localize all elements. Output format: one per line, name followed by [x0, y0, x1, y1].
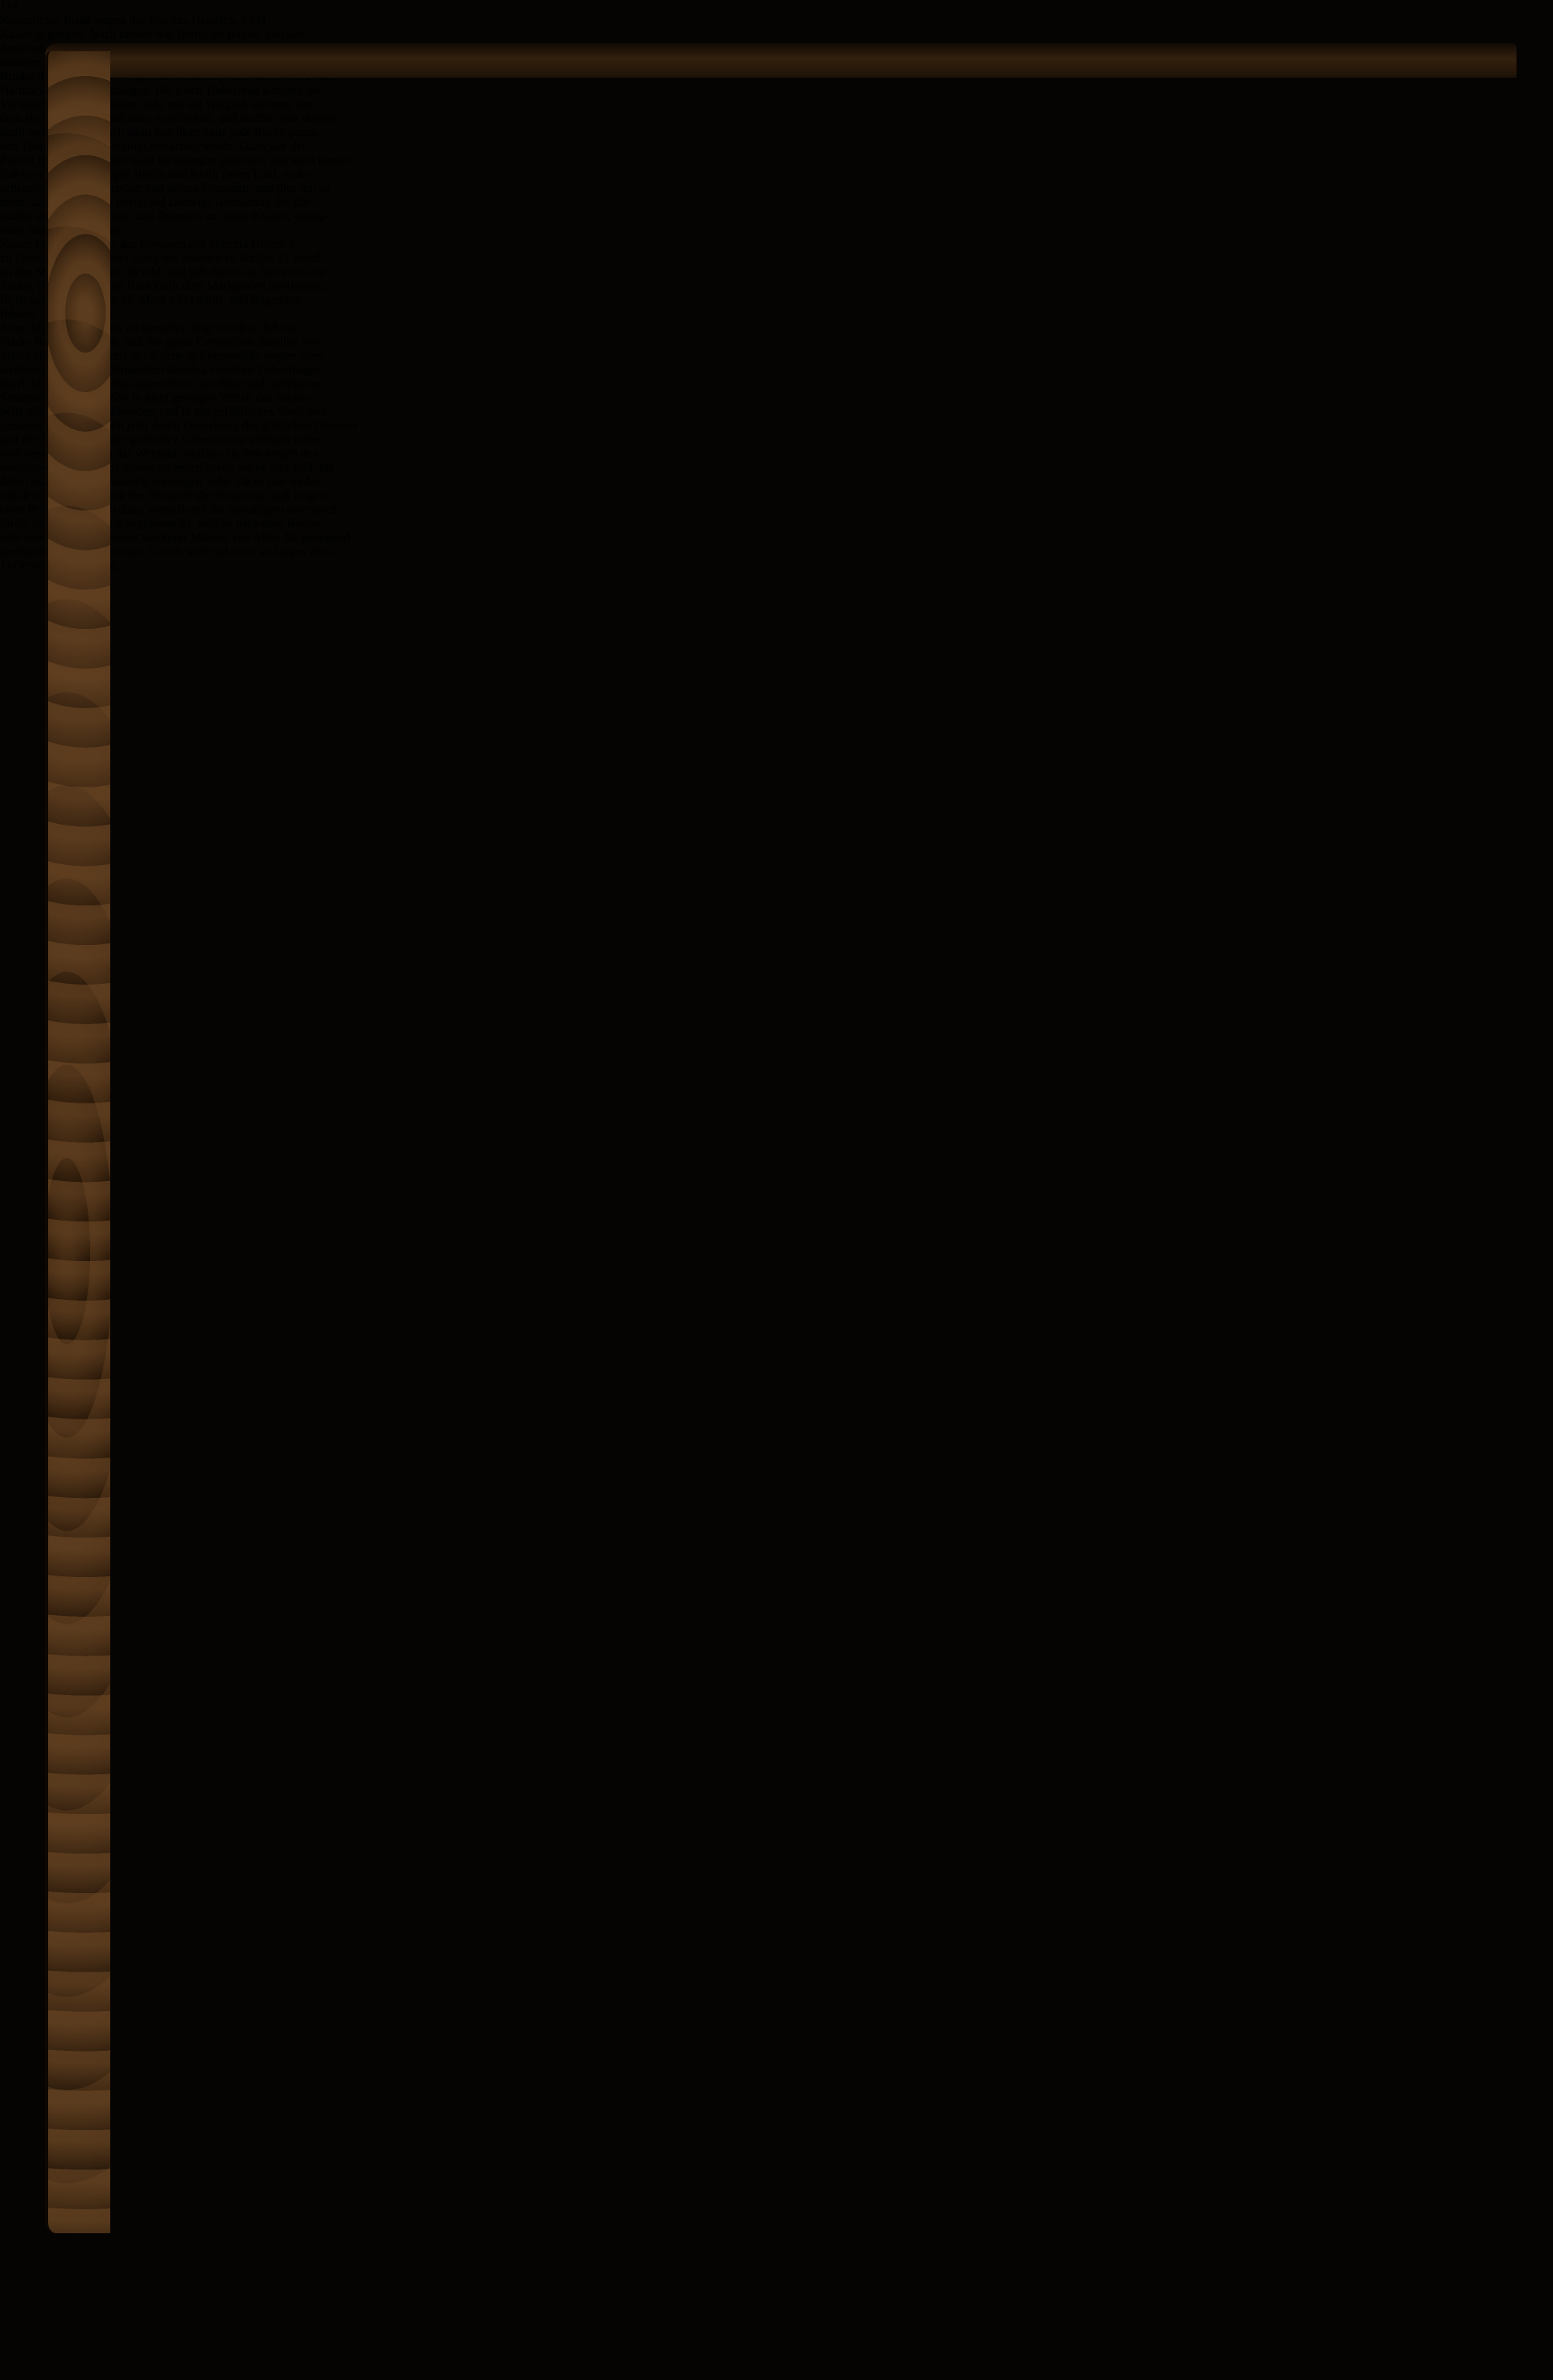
text-line: künfte seiner Güter bezog, und demnach a…	[0, 210, 1553, 224]
text-line: mit dem Rechte noch mit der Vernunft übe…	[0, 489, 1553, 503]
text-line: ließ er seiner Rache gegen Berlin und Kö…	[0, 168, 1553, 182]
text-line: an dessen Bruder von Jemandem daselbst v…	[0, 363, 1553, 377]
book-page: 114 Kaiserlicher Erlaß wegen des Pfarrer…	[0, 0, 1553, 573]
text-line: Verwandten des Getödteten nicht nur ein …	[0, 98, 1553, 112]
text-line: gerathen seien, und noch jetzt durch Ent…	[0, 419, 1553, 433]
book-cover-edge	[45, 51, 110, 2233]
text-line: und der Ausspendung der göttlichen Gehei…	[0, 433, 1553, 447]
text-line: weil besagter Heinrich das Wergeld, welc…	[0, 447, 1553, 461]
text-line: den Todtschläger als beseitigt betrachte…	[0, 140, 1553, 154]
text-line: Hartnäckigkeit ausgeschlagen. Für jeden …	[0, 84, 1553, 98]
book-top-edge	[45, 43, 1517, 78]
text-line: an den Markgrafen einen Befehl, und gab …	[0, 266, 1553, 280]
text-line: Strafe und Genugthuung angeboten ist, we…	[0, 517, 1553, 531]
page-number: 114	[0, 0, 1553, 14]
text-line: oder dem Uebereinkommen wackerer Männer …	[0, 531, 1553, 545]
text-line: einer Privatsache, noch dazu, wenn durch…	[0, 503, 1553, 517]
text-line: Seine Majestät sei schon oft benachricht…	[0, 321, 1553, 335]
book-photo: 114 Kaiserlicher Erlaß wegen des Pfarrer…	[0, 0, 1553, 2380]
text-line: Seiten Heinrichs, Pfarrers der Kirche in…	[0, 349, 1553, 363]
text-line: anerkannt wird, die Getreuen Christi wäh…	[0, 545, 1553, 559]
text-line: zu Eberswalde nicht mehr ruhig mit anseh…	[0, 252, 1553, 266]
text-line: Inhalts:	[0, 307, 1553, 321]
text-line: Sentenzen seit langer Zeit in nicht geri…	[0, 391, 1553, 405]
text-line: dern sie waren gesetzlich dazu verpflich…	[0, 112, 1553, 126]
text-line: dahin anzunehmen, beständig verweigert h…	[0, 475, 1553, 489]
body-text: Kaiser gegangen. Noch immer war Berlin i…	[0, 28, 1553, 559]
text-line: Pfarrer Heinrich indessen nicht zu beweg…	[0, 154, 1553, 168]
text-line: nicht weigern ¹), wonach dann von ihrer …	[0, 126, 1553, 140]
cover-page-gap	[109, 67, 120, 2269]
text-line: Er ist aus Nürnberg den 16. März 1334 da…	[0, 294, 1553, 307]
footnote: 1) Gerken Cod. IV. 456.	[0, 559, 1553, 573]
running-title: Kaiserlicher Erlaß wegen des Pfarrers He…	[0, 14, 1553, 28]
text-line: heils aller daselbst Wohnenden, und in e…	[0, 405, 1553, 419]
text-line: Kaiser gegangen. Noch immer war Berlin i…	[0, 28, 1553, 42]
text-line: mehr, als der Rath von Berlin auf Ludwig…	[0, 196, 1553, 210]
text-line: scheinlich kräftig unterstützt von seine…	[0, 182, 1553, 196]
text-line: Zuden, der ihn bei seiner Rückkunft dem …	[0, 280, 1553, 294]
text-line: stens zum Theil, operirte.	[0, 224, 1553, 238]
text-line: erwähnten Todtschlages immer zu geben be…	[0, 461, 1553, 475]
text-line: Städte Berlin und Kölln, und die ganze G…	[0, 335, 1553, 349]
text-line: Kaiser Ludwig glaubte, das Unwesen des P…	[0, 238, 1553, 252]
text-line: durch hinterwärts von ihm angestiftete I…	[0, 377, 1553, 391]
